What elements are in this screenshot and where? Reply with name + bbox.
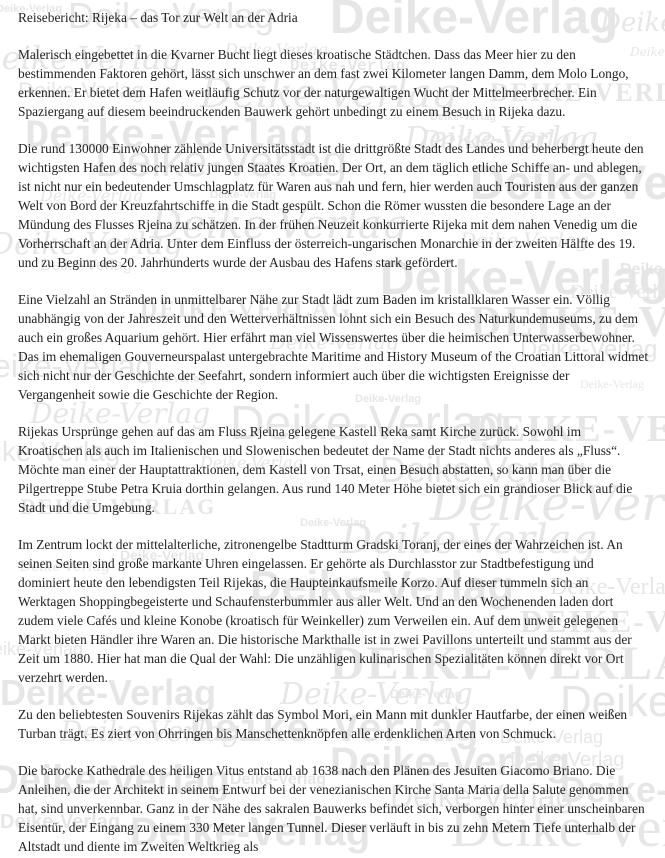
document-title: Reisebericht: Rijeka – das Tor zur Welt … — [18, 8, 649, 27]
paragraph-cathedral: Die barocke Kathedrale des heiligen Vitu… — [18, 761, 649, 856]
paragraph-souvenirs: Zu den beliebtesten Souvenirs Rijekas zä… — [18, 705, 649, 743]
paragraph-city-center: Im Zentrum lockt der mittelalterliche, z… — [18, 535, 649, 687]
paragraph-beaches-museums: Eine Vielzahl an Stränden in unmittelbar… — [18, 290, 649, 404]
paragraph-molo-longo: Malerisch eingebettet in die Kvarner Buc… — [18, 45, 649, 121]
paragraph-origins: Rijekas Ursprünge gehen auf das am Fluss… — [18, 422, 649, 517]
paragraph-university-city: Die rund 130000 Einwohner zählende Unive… — [18, 139, 649, 272]
document: Reisebericht: Rijeka – das Tor zur Welt … — [0, 0, 665, 856]
